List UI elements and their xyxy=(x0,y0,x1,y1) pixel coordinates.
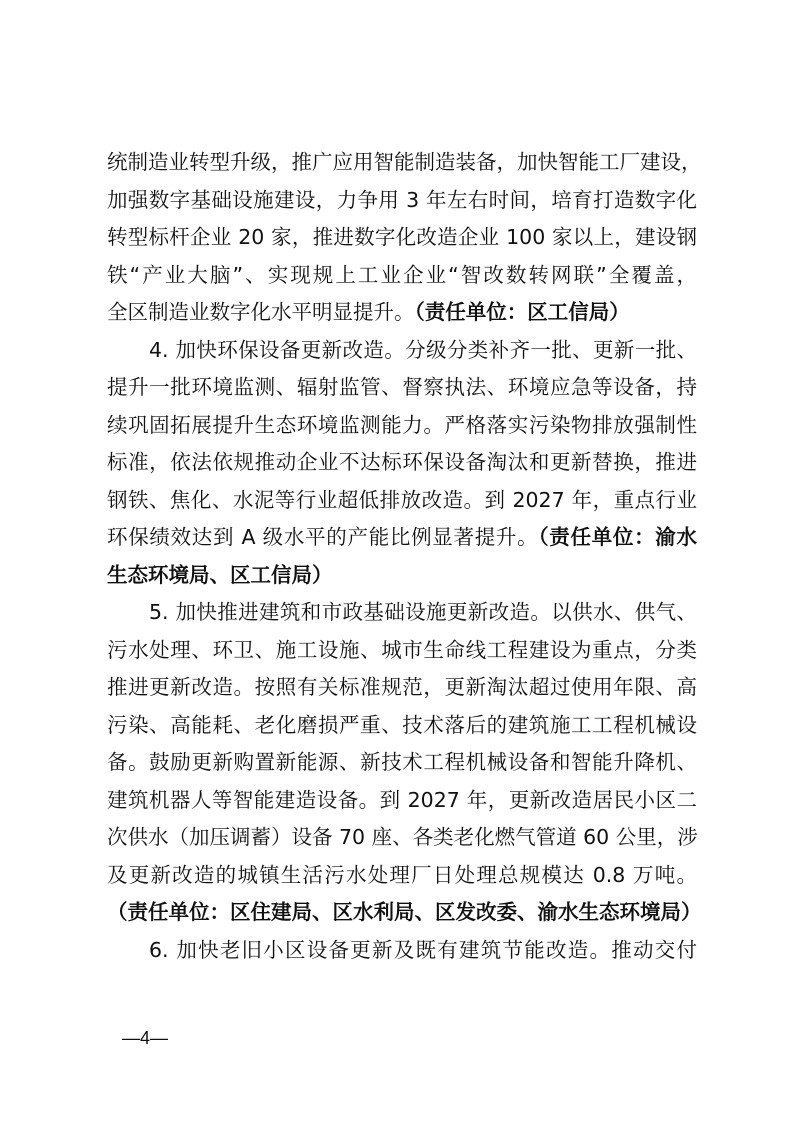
responsible-unit: 生态环境局、区工信局） xyxy=(107,563,333,587)
text-line: 环保绩效达到 A 级水平的产能比例显著提升。（责任单位：渝水 xyxy=(107,519,697,557)
paragraph-heading-line: 5. 加快推进建筑和市政基础设施更新改造。以供水、供气、 xyxy=(107,594,697,632)
line-text: 次供水（加压调蓄）设备 70 座、各类老化燃气管道 60 公里，涉 xyxy=(107,825,698,849)
line-text: 转型标杆企业 20 家，推进数字化改造企业 100 家以上，建设钢 xyxy=(107,225,697,249)
text-line: （责任单位：区住建局、区水利局、区发改委、渝水生态环境局） xyxy=(107,894,697,932)
line-text: 加强数字基础设施建设，力争用 3 年左右时间，培育打造数字化 xyxy=(107,188,697,212)
text-line: 建筑机器人等智能建造设备。到 2027 年，更新改造居民小区二 xyxy=(107,782,697,820)
text-line: 提升一批环境监测、辐射监管、督察执法、环境应急等设备，持 xyxy=(107,369,697,407)
line-text: 统制造业转型升级，推广应用智能制造装备，加快智能工厂建设， xyxy=(107,150,702,174)
paragraph-heading-line: 6. 加快老旧小区设备更新及既有建筑节能改造。推动交付 xyxy=(107,932,697,970)
line-text: 提升一批环境监测、辐射监管、督察执法、环境应急等设备，持 xyxy=(107,375,697,399)
text-line: 备。鼓励更新购置新能源、新技术工程机械设备和智能升降机、 xyxy=(107,744,697,782)
paragraph-heading-line: 4. 加快环保设备更新改造。分级分类补齐一批、更新一批、 xyxy=(107,332,697,370)
line-text: 全区制造业数字化水平明显提升。 xyxy=(107,300,415,324)
line-text: 推进更新改造。按照有关标准规范，更新淘汰超过使用年限、高 xyxy=(107,675,697,699)
line-text: 污染、高能耗、老化磨损严重、技术落后的建筑施工工程机械设 xyxy=(107,713,697,737)
responsible-unit: （责任单位：区工信局） xyxy=(415,300,630,324)
line-text: 5. 加快推进建筑和市政基础设施更新改造。以供水、供气、 xyxy=(149,600,697,624)
text-line: 续巩固拓展提升生态环境监测能力。严格落实污染物排放强制性 xyxy=(107,407,697,445)
text-line: 全区制造业数字化水平明显提升。（责任单位：区工信局） xyxy=(107,294,697,332)
page-number: —4— xyxy=(122,1028,168,1049)
line-text: 备。鼓励更新购置新能源、新技术工程机械设备和智能升降机、 xyxy=(107,750,697,774)
text-line: 统制造业转型升级，推广应用智能制造装备，加快智能工厂建设， xyxy=(107,144,697,182)
text-line: 污染、高能耗、老化磨损严重、技术落后的建筑施工工程机械设 xyxy=(107,707,697,745)
line-text: 铁“产业大脑”、实现规上工业企业“智改数转网联”全覆盖， xyxy=(107,263,697,287)
text-line: 推进更新改造。按照有关标准规范，更新淘汰超过使用年限、高 xyxy=(107,669,697,707)
text-line: 铁“产业大脑”、实现规上工业企业“智改数转网联”全覆盖， xyxy=(107,257,697,295)
text-line: 及更新改造的城镇生活污水处理厂日处理总规模达 0.8 万吨。 xyxy=(107,857,697,895)
responsible-unit: （责任单位：区住建局、区水利局、区发改委、渝水生态环境局） xyxy=(107,900,702,924)
text-line: 生态环境局、区工信局） xyxy=(107,557,697,595)
text-line: 加强数字基础设施建设，力争用 3 年左右时间，培育打造数字化 xyxy=(107,182,697,220)
line-text: 6. 加快老旧小区设备更新及既有建筑节能改造。推动交付 xyxy=(149,938,697,962)
line-text: 及更新改造的城镇生活污水处理厂日处理总规模达 0.8 万吨。 xyxy=(107,863,697,887)
text-line: 标准，依法依规推动企业不达标环保设备淘汰和更新替换，推进 xyxy=(107,444,697,482)
line-text: 钢铁、焦化、水泥等行业超低排放改造。到 2027 年，重点行业 xyxy=(107,488,697,512)
line-text: 环保绩效达到 A 级水平的产能比例显著提升。 xyxy=(107,525,538,549)
text-line: 次供水（加压调蓄）设备 70 座、各类老化燃气管道 60 公里，涉 xyxy=(107,819,697,857)
responsible-unit: （责任单位：渝水 xyxy=(538,525,697,549)
text-line: 转型标杆企业 20 家，推进数字化改造企业 100 家以上，建设钢 xyxy=(107,219,697,257)
line-text: 标准，依法依规推动企业不达标环保设备淘汰和更新替换，推进 xyxy=(107,450,697,474)
document-body: 统制造业转型升级，推广应用智能制造装备，加快智能工厂建设， 加强数字基础设施建设… xyxy=(107,144,697,969)
text-line: 钢铁、焦化、水泥等行业超低排放改造。到 2027 年，重点行业 xyxy=(107,482,697,520)
line-text: 续巩固拓展提升生态环境监测能力。严格落实污染物排放强制性 xyxy=(107,413,697,437)
line-text: 污水处理、环卫、施工设施、城市生命线工程建设为重点，分类 xyxy=(107,638,697,662)
line-text: 建筑机器人等智能建造设备。到 2027 年，更新改造居民小区二 xyxy=(107,788,697,812)
text-line: 污水处理、环卫、施工设施、城市生命线工程建设为重点，分类 xyxy=(107,632,697,670)
line-text: 4. 加快环保设备更新改造。分级分类补齐一批、更新一批、 xyxy=(149,338,697,362)
